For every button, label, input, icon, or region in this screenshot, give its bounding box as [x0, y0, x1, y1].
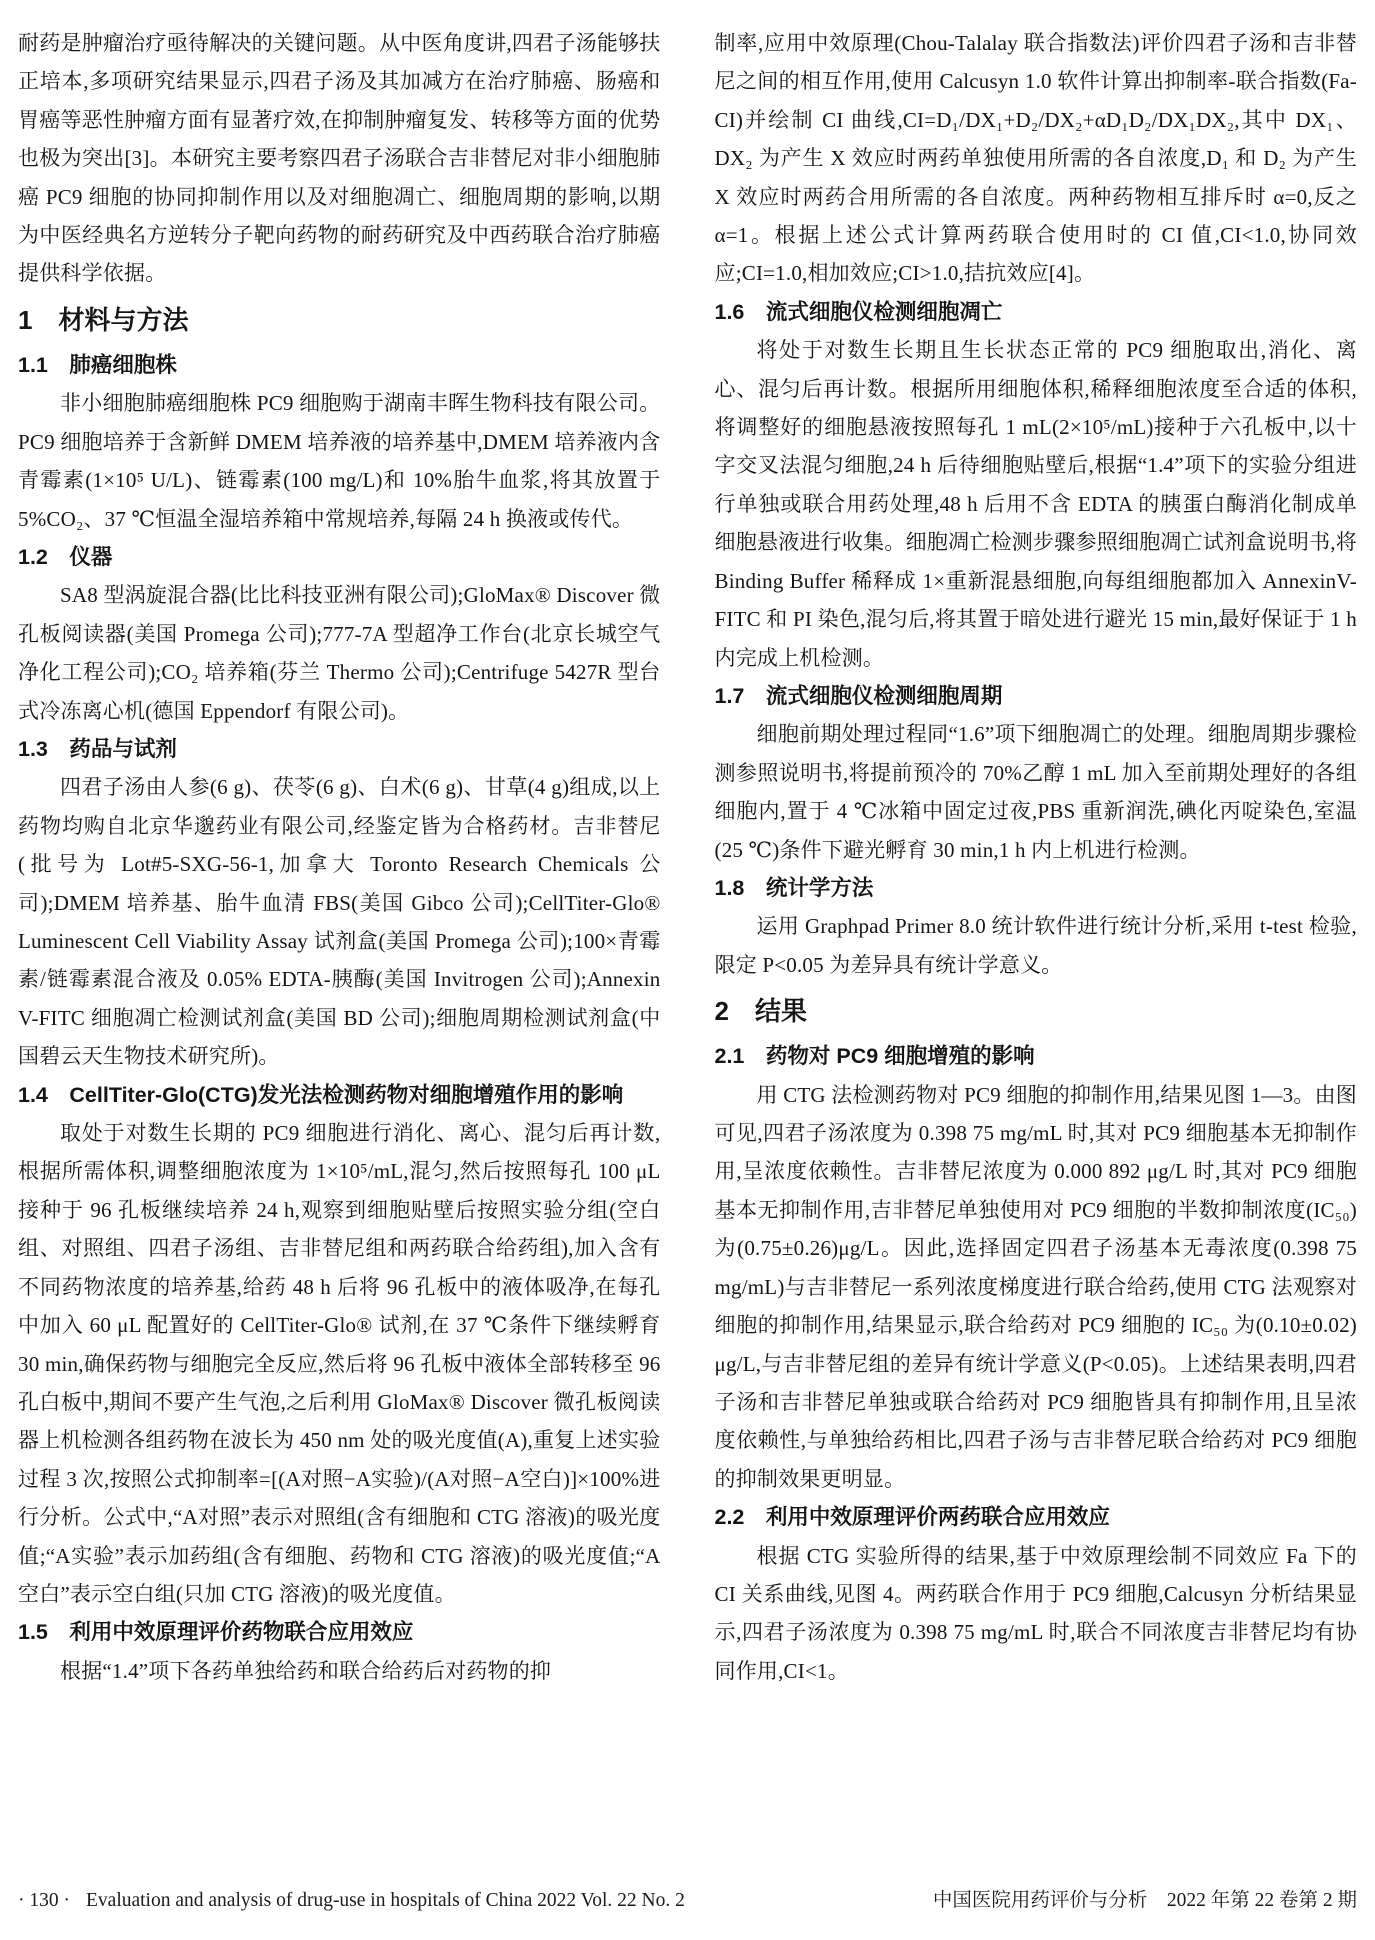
journal-title-chinese: 中国医院用药评价与分析 2022 年第 22 卷第 2 期: [933, 1884, 1357, 1912]
section-heading-materials-methods: 1 材料与方法: [18, 303, 661, 338]
subheading-1-1-cell-line: 1.1 肺癌细胞株: [18, 346, 661, 384]
footer-left-block: · 130 · Evaluation and analysis of drug-…: [18, 1890, 685, 1912]
paragraph-1-5: 根据“1.4”项下各药单独给药和联合给药后对药物的抑: [18, 1652, 661, 1690]
paragraph-1-4: 取处于对数生长期的 PC9 细胞进行消化、离心、混匀后再计数,根据所需体积,调整…: [18, 1114, 661, 1613]
subheading-1-7-cell-cycle: 1.7 流式细胞仪检测细胞周期: [715, 677, 1358, 715]
section-heading-results: 2 结果: [715, 994, 1358, 1029]
paragraph-1-7: 细胞前期处理过程同“1.6”项下细胞凋亡的处理。细胞周期步骤检测参照说明书,将提…: [715, 715, 1358, 869]
intro-paragraph: 耐药是肿瘤治疗亟待解决的关键问题。从中医角度讲,四君子汤能够扶正培本,多项研究结…: [18, 24, 661, 293]
subheading-1-3-drugs-reagents: 1.3 药品与试剂: [18, 730, 661, 768]
page-number: · 130 ·: [18, 1890, 70, 1912]
page-footer: · 130 · Evaluation and analysis of drug-…: [18, 1884, 1357, 1912]
two-column-layout: 耐药是肿瘤治疗亟待解决的关键问题。从中医角度讲,四君子汤能够扶正培本,多项研究结…: [18, 24, 1357, 1690]
subheading-1-6-apoptosis: 1.6 流式细胞仪检测细胞凋亡: [715, 293, 1358, 331]
paragraph-1-2: SA8 型涡旋混合器(比比科技亚洲有限公司);GloMax® Discover …: [18, 576, 661, 730]
paragraph-1-6: 将处于对数生长期且生长状态正常的 PC9 细胞取出,消化、离心、混匀后再计数。根…: [715, 331, 1358, 677]
subheading-1-4-ctg-assay: 1.4 CellTiter-Glo(CTG)发光法检测药物对细胞增殖作用的影响: [18, 1076, 661, 1114]
right-column: 制率,应用中效原理(Chou-Talalay 联合指数法)评价四君子汤和吉非替尼…: [715, 24, 1358, 1690]
paragraph-1-1: 非小细胞肺癌细胞株 PC9 细胞购于湖南丰晖生物科技有限公司。PC9 细胞培养于…: [18, 384, 661, 538]
subheading-1-5-median-effect: 1.5 利用中效原理评价药物联合应用效应: [18, 1613, 661, 1651]
continuation-paragraph: 制率,应用中效原理(Chou-Talalay 联合指数法)评价四君子汤和吉非替尼…: [715, 24, 1358, 293]
paragraph-1-8: 运用 Graphpad Primer 8.0 统计软件进行统计分析,采用 t-t…: [715, 907, 1358, 984]
subheading-1-2-instruments: 1.2 仪器: [18, 538, 661, 576]
paragraph-1-3: 四君子汤由人参(6 g)、茯苓(6 g)、白术(6 g)、甘草(4 g)组成,以…: [18, 768, 661, 1075]
left-column: 耐药是肿瘤治疗亟待解决的关键问题。从中医角度讲,四君子汤能够扶正培本,多项研究结…: [18, 24, 661, 1690]
subheading-2-2-combination-effect: 2.2 利用中效原理评价两药联合应用效应: [715, 1498, 1358, 1536]
subheading-1-8-statistics: 1.8 统计学方法: [715, 869, 1358, 907]
paragraph-2-1: 用 CTG 法检测药物对 PC9 细胞的抑制作用,结果见图 1—3。由图可见,四…: [715, 1076, 1358, 1498]
journal-title-english: Evaluation and analysis of drug-use in h…: [86, 1890, 685, 1912]
journal-page: 耐药是肿瘤治疗亟待解决的关键问题。从中医角度讲,四君子汤能够扶正培本,多项研究结…: [0, 0, 1375, 1940]
paragraph-2-2: 根据 CTG 实验所得的结果,基于中效原理绘制不同效应 Fa 下的 CI 关系曲…: [715, 1537, 1358, 1691]
subheading-2-1-proliferation: 2.1 药物对 PC9 细胞增殖的影响: [715, 1037, 1358, 1075]
